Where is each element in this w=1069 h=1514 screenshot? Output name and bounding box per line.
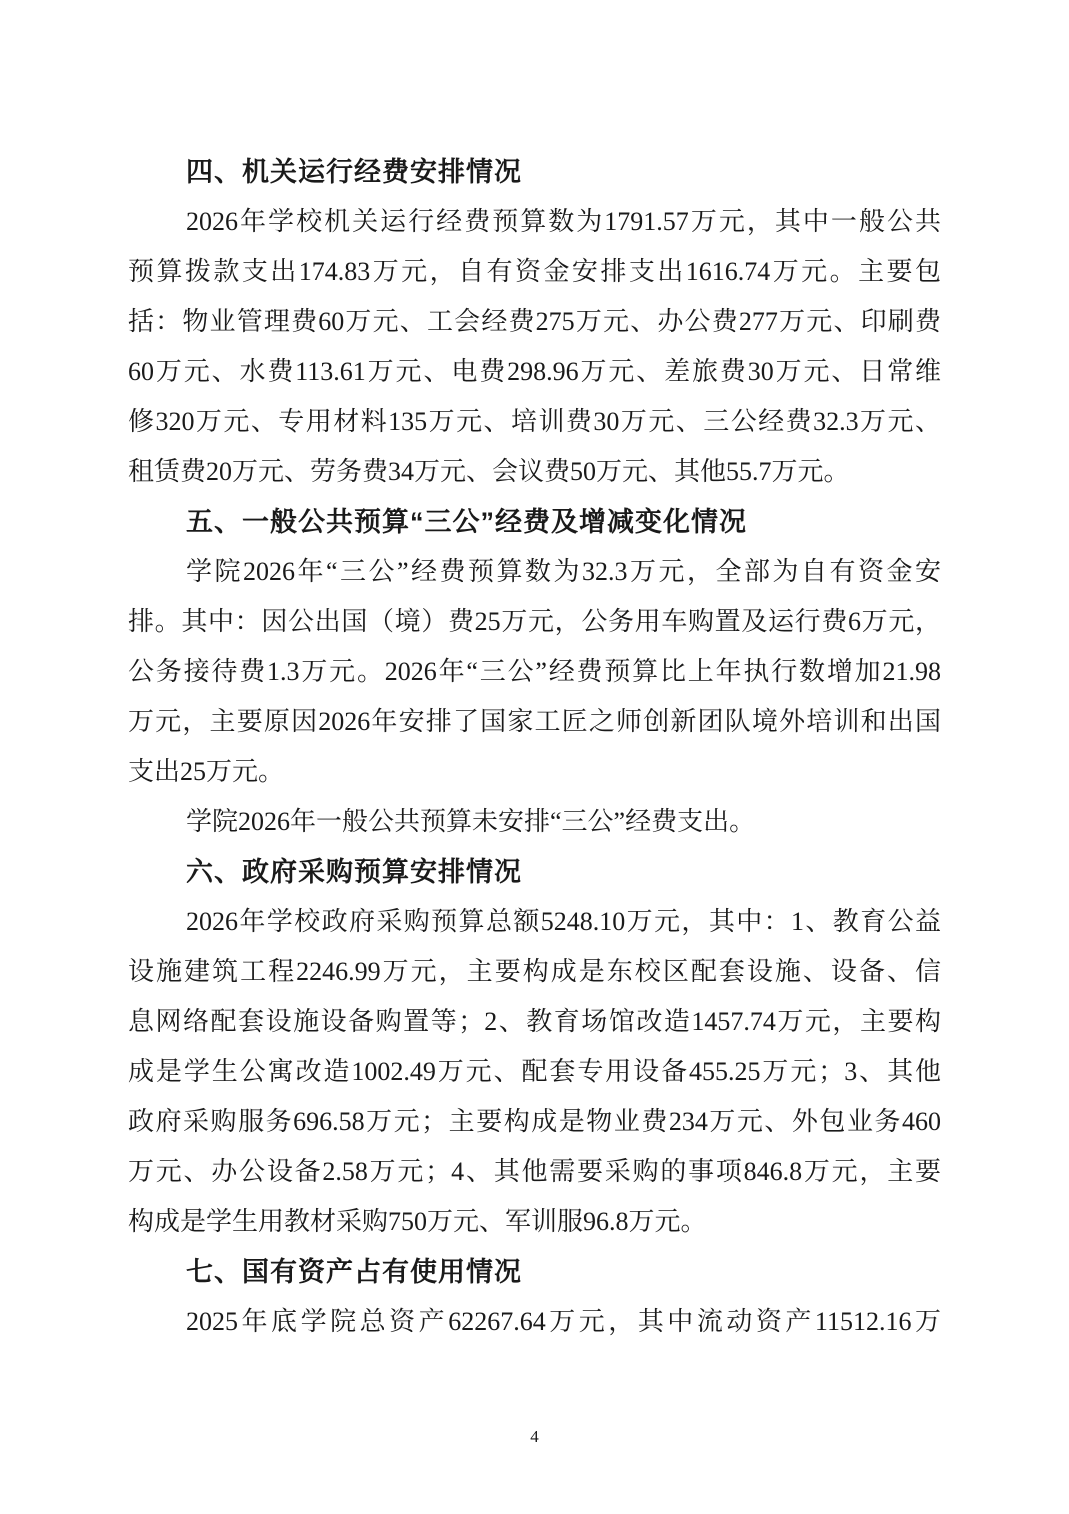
body-line: 60万元、水费113.61万元、电费298.96万元、差旅费30万元、日常维: [128, 347, 941, 397]
body-line: 构成是学生用教材采购750万元、军训服96.8万元。: [128, 1197, 941, 1247]
body-line: 预算拨款支出174.83万元，自有资金安排支出1616.74万元。主要包: [128, 247, 941, 297]
body-line: 学院2026年“三公”经费预算数为32.3万元，全部为自有资金安: [128, 547, 941, 597]
body-line: 2025年底学院总资产62267.64万元，其中流动资产11512.16万: [128, 1297, 941, 1347]
body-line: 租赁费20万元、劳务费34万元、会议费50万元、其他55.7万元。: [128, 447, 941, 497]
section-heading-state-owned-assets: 七、国有资产占有使用情况: [128, 1247, 941, 1297]
body-line: 排。其中：因公出国（境）费25万元，公务用车购置及运行费6万元，: [128, 597, 941, 647]
section-heading-three-public-expenses: 五、一般公共预算“三公”经费及增减变化情况: [128, 497, 941, 547]
body-line: 学院2026年一般公共预算未安排“三公”经费支出。: [128, 797, 941, 847]
body-line: 支出25万元。: [128, 747, 941, 797]
section-heading-agency-operating-costs: 四、机关运行经费安排情况: [128, 147, 941, 197]
body-line: 2026年学校机关运行经费预算数为1791.57万元，其中一般公共: [128, 197, 941, 247]
page-number: 4: [0, 1424, 1069, 1450]
document-page: 四、机关运行经费安排情况 2026年学校机关运行经费预算数为1791.57万元，…: [0, 0, 1069, 1514]
body-line: 2026年学校政府采购预算总额5248.10万元，其中：1、教育公益: [128, 897, 941, 947]
body-line: 成是学生公寓改造1002.49万元、配套专用设备455.25万元；3、其他: [128, 1047, 941, 1097]
document-body: 四、机关运行经费安排情况 2026年学校机关运行经费预算数为1791.57万元，…: [128, 147, 941, 1347]
body-line: 设施建筑工程2246.99万元，主要构成是东校区配套设施、设备、信: [128, 947, 941, 997]
body-line: 修320万元、专用材料135万元、培训费30万元、三公经费32.3万元、: [128, 397, 941, 447]
section-heading-government-procurement: 六、政府采购预算安排情况: [128, 847, 941, 897]
body-line: 万元、办公设备2.58万元；4、其他需要采购的事项846.8万元，主要: [128, 1147, 941, 1197]
body-line: 政府采购服务696.58万元；主要构成是物业费234万元、外包业务460: [128, 1097, 941, 1147]
body-line: 公务接待费1.3万元。2026年“三公”经费预算比上年执行数增加21.98: [128, 647, 941, 697]
body-line: 括：物业管理费60万元、工会经费275万元、办公费277万元、印刷费: [128, 297, 941, 347]
body-line: 万元，主要原因2026年安排了国家工匠之师创新团队境外培训和出国: [128, 697, 941, 747]
body-line: 息网络配套设施设备购置等；2、教育场馆改造1457.74万元，主要构: [128, 997, 941, 1047]
